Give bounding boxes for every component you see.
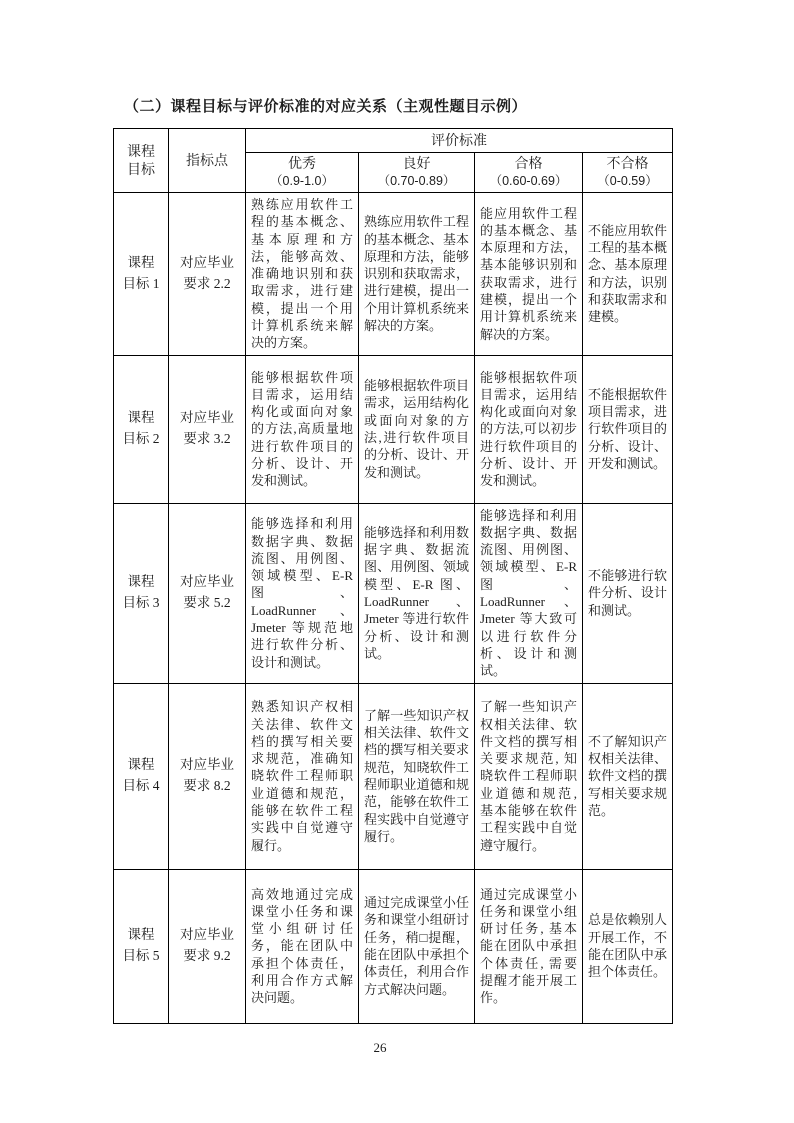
- fail-cell: 不能够进行软件分析、设计和测试。: [583, 503, 673, 683]
- fail-cell: 不能根据软件项目需求，进行软件项目的分析、设计、开发和测试。: [583, 355, 673, 503]
- header-level-good: 良好 （0.70-0.89）: [359, 153, 475, 193]
- fail-cell: 不能应用软件工程的基本概念、基本原理和方法，识别和获取需求和建模。: [583, 193, 673, 356]
- rubric-table: 课程 目标 指标点 评价标准 优秀 （0.9-1.0） 良好 （0.70-0.8…: [113, 128, 673, 1024]
- indicator-line1: 对应毕业: [180, 574, 234, 589]
- objective-line1: 课程: [128, 757, 155, 772]
- header-level-excellent: 优秀 （0.9-1.0）: [246, 153, 359, 193]
- indicator-line2: 要求 2.2: [183, 276, 230, 291]
- indicator-cell: 对应毕业 要求 9.2: [169, 869, 246, 1023]
- level-label: 优秀: [288, 155, 316, 171]
- header-course-objective-line2: 目标: [127, 161, 155, 177]
- objective-line2: 目标 4: [122, 778, 159, 793]
- objective-line2: 目标 2: [122, 431, 159, 446]
- good-cell: 能够根据软件项目需求，运用结构化或面向对象的方法,进行软件项目的分析、设计、开发…: [359, 355, 475, 503]
- header-evaluation-criteria: 评价标准: [246, 129, 673, 153]
- indicator-line2: 要求 5.2: [183, 595, 230, 610]
- objective-line1: 课程: [128, 927, 155, 942]
- indicator-line1: 对应毕业: [180, 255, 234, 270]
- excellent-cell: 高效地通过完成课堂小任务和课堂小组研讨任务，能在团队中承担个体责任，利用合作方式…: [246, 869, 359, 1023]
- level-range: （0.9-1.0）: [246, 174, 358, 190]
- objective-line1: 课程: [128, 410, 155, 425]
- pass-cell: 通过完成课堂小任务和课堂小组研讨任务, 基本能在团队中承担个体责任, 需要提醒才…: [475, 869, 583, 1023]
- fail-cell: 不了解知识产权相关法律、软件文档的撰写相关要求规范。: [583, 683, 673, 869]
- pass-cell: 能够根据软件项目需求，运用结构化或面向对象的方法,可以初步进行软件项目的分析、设…: [475, 355, 583, 503]
- indicator-line1: 对应毕业: [180, 410, 234, 425]
- level-range: （0.60-0.69）: [475, 174, 582, 190]
- indicator-cell: 对应毕业 要求 3.2: [169, 355, 246, 503]
- page-title: （二）课程目标与评价标准的对应关系（主观性题目示例）: [124, 95, 527, 116]
- good-cell: 熟练应用软件工程的基本概念、基本原理和方法，能够识别和获取需求，进行建模，提出一…: [359, 193, 475, 356]
- indicator-line1: 对应毕业: [180, 757, 234, 772]
- objective-line2: 目标 1: [122, 276, 159, 291]
- pass-cell: 了解一些知识产权相关法律、软件文档的撰写相关要求规范, 知晓软件工程师职业道德和…: [475, 683, 583, 869]
- level-label: 良好: [403, 155, 431, 171]
- header-level-fail: 不合格 （0-0.59）: [583, 153, 673, 193]
- header-indicator-point: 指标点: [169, 129, 246, 193]
- objective-line1: 课程: [128, 255, 155, 270]
- excellent-cell: 能够选择和利用数据字典、数据流图、用例图、领域模型、E-R 图、LoadRunn…: [246, 503, 359, 683]
- excellent-cell: 熟悉知识产权相关法律、软件文档的撰写相关要求规范，准确知晓软件工程师职业道德和规…: [246, 683, 359, 869]
- header-course-objective-line1: 课程: [127, 143, 155, 159]
- pass-cell: 能够选择和利用数据字典、数据流图、用例图、领域模型、E-R 图、LoadRunn…: [475, 503, 583, 683]
- objective-line1: 课程: [128, 574, 155, 589]
- objective-cell: 课程 目标 1: [114, 193, 169, 356]
- level-label: 不合格: [607, 155, 649, 171]
- table-row: 课程 目标 3 对应毕业 要求 5.2 能够选择和利用数据字典、数据流图、用例图…: [114, 503, 673, 683]
- table-row: 课程 目标 5 对应毕业 要求 9.2 高效地通过完成课堂小任务和课堂小组研讨任…: [114, 869, 673, 1023]
- header-level-pass: 合格 （0.60-0.69）: [475, 153, 583, 193]
- header-row-criteria: 课程 目标 指标点 评价标准: [114, 129, 673, 153]
- level-label: 合格: [515, 155, 543, 171]
- indicator-cell: 对应毕业 要求 5.2: [169, 503, 246, 683]
- fail-cell: 总是依赖别人开展工作，不能在团队中承担个体责任。: [583, 869, 673, 1023]
- indicator-line2: 要求 9.2: [183, 948, 230, 963]
- table-row: 课程 目标 4 对应毕业 要求 8.2 熟悉知识产权相关法律、软件文档的撰写相关…: [114, 683, 673, 869]
- indicator-line2: 要求 8.2: [183, 778, 230, 793]
- indicator-line1: 对应毕业: [180, 927, 234, 942]
- pass-cell: 能应用软件工程的基本概念、基本原理和方法，基本能够识别和获取需求，进行建模，提出…: [475, 193, 583, 356]
- table-row: 课程 目标 2 对应毕业 要求 3.2 能够根据软件项目需求，运用结构化或面向对…: [114, 355, 673, 503]
- good-cell: 了解一些知识产权相关法律、软件文档的撰写相关要求规范，知晓软件工程师职业道德和规…: [359, 683, 475, 869]
- header-course-objective: 课程 目标: [114, 129, 169, 193]
- good-cell: 通过完成课堂小任务和课堂小组研讨任务，稍□提醒，能在团队中承担个体责任，利用合作…: [359, 869, 475, 1023]
- objective-line2: 目标 5: [122, 948, 159, 963]
- good-cell: 能够选择和利用数据字典、数据流图、用例图、领域模型、E-R 图、LoadRunn…: [359, 503, 475, 683]
- excellent-cell: 能够根据软件项目需求，运用结构化或面向对象的方法,高质量地进行软件项目的分析、设…: [246, 355, 359, 503]
- indicator-cell: 对应毕业 要求 2.2: [169, 193, 246, 356]
- excellent-cell: 熟练应用软件工程的基本概念、基本原理和方法，能够高效、准确地识别和获取需求，进行…: [246, 193, 359, 356]
- page-number: 26: [0, 1040, 760, 1056]
- indicator-cell: 对应毕业 要求 8.2: [169, 683, 246, 869]
- indicator-line2: 要求 3.2: [183, 431, 230, 446]
- table-row: 课程 目标 1 对应毕业 要求 2.2 熟练应用软件工程的基本概念、基本原理和方…: [114, 193, 673, 356]
- objective-cell: 课程 目标 2: [114, 355, 169, 503]
- objective-line2: 目标 3: [122, 595, 159, 610]
- objective-cell: 课程 目标 5: [114, 869, 169, 1023]
- level-range: （0.70-0.89）: [359, 174, 474, 190]
- objective-cell: 课程 目标 3: [114, 503, 169, 683]
- objective-cell: 课程 目标 4: [114, 683, 169, 869]
- level-range: （0-0.59）: [583, 174, 672, 190]
